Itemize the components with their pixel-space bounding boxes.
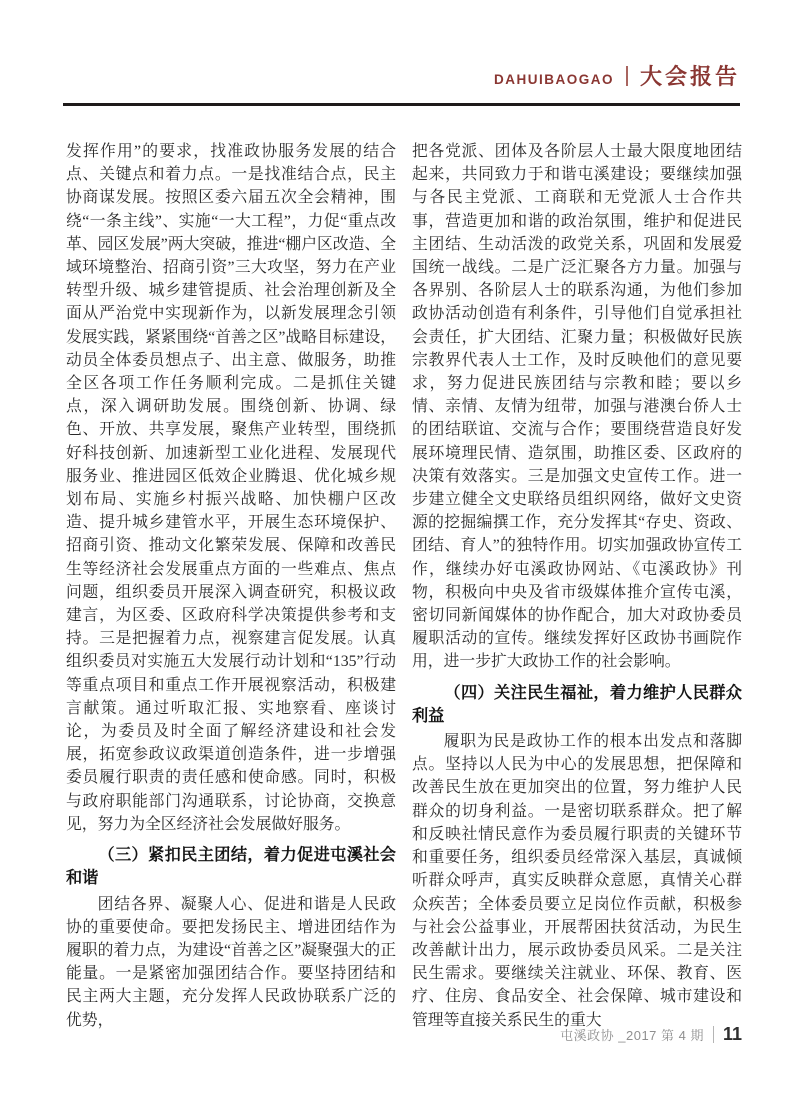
article-body: 发挥作用”的要求，找准政协服务发展的结合点、关键点和着力点。一是找准结合点，民主… bbox=[66, 140, 742, 1032]
page-footer: 屯溪政协 _2017 第 4 期 11 bbox=[560, 1024, 742, 1045]
page-header: DAHUIBAOGAO 大会报告 bbox=[494, 60, 740, 91]
journal-issue-label: 屯溪政协 _2017 第 4 期 bbox=[560, 1025, 704, 1044]
footer-divider bbox=[713, 1026, 714, 1043]
left-paragraph-2: 团结各界、凝聚人心、促进和谐是人民政协的重要使命。要把发扬民主、增进团结作为履职… bbox=[66, 893, 396, 1032]
section-heading-4: （四）关注民生福祉，着力维护人民群众利益 bbox=[412, 682, 742, 728]
header-rule bbox=[63, 103, 740, 106]
document-page: DAHUIBAOGAO 大会报告 发挥作用”的要求，找准政协服务发展的结合点、关… bbox=[0, 0, 804, 1098]
section-heading-3: （三）紧扣民主团结，着力促进屯溪社会和谐 bbox=[66, 844, 396, 890]
right-paragraph-continued: 把各党派、团体及各阶层人士最大限度地团结起来，共同致力于和谐屯溪建设；要继续加强… bbox=[412, 140, 742, 674]
header-label-title: 大会报告 bbox=[640, 60, 740, 91]
page-number: 11 bbox=[723, 1024, 742, 1045]
left-column: 发挥作用”的要求，找准政协服务发展的结合点、关键点和着力点。一是找准结合点，民主… bbox=[66, 140, 396, 1032]
header-label-pinyin: DAHUIBAOGAO bbox=[494, 72, 614, 87]
right-column: 把各党派、团体及各阶层人士最大限度地团结起来，共同致力于和谐屯溪建设；要继续加强… bbox=[412, 140, 742, 1032]
right-paragraph-2: 履职为民是政协工作的根本出发点和落脚点。坚持以人民为中心的发展思想，把保障和改善… bbox=[412, 730, 742, 1032]
left-paragraph-continued: 发挥作用”的要求，找准政协服务发展的结合点、关键点和着力点。一是找准结合点，民主… bbox=[66, 140, 396, 836]
header-divider bbox=[626, 66, 628, 86]
